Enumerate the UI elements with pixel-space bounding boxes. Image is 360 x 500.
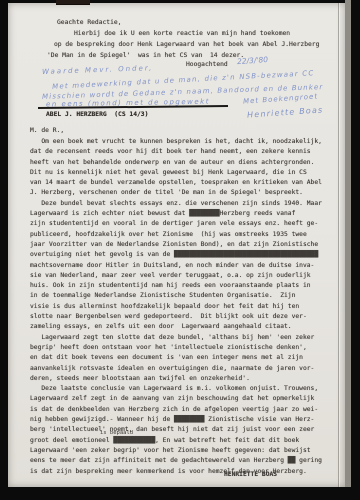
head-line-3: 'De Man in de Spiegel' was in het CS van… — [47, 52, 244, 59]
body-line: zijn studententijd en vooral in de derti… — [30, 219, 336, 229]
body-line: Lagerwaard 'een zeker begrip' voor het Z… — [30, 446, 336, 456]
body-line: Deze bundel bevat slechts essays enz. di… — [30, 199, 336, 209]
body-line: publiceerd, hoofdzakelijk over het Zioni… — [30, 230, 336, 240]
body-line: deren, steeds meer blootstaan aan twijfe… — [30, 374, 336, 384]
body-line: is dat de denkbeelden van Herzberg zich … — [30, 405, 336, 415]
body-line: nig hebben gewijzigd.- Wanneer hij de ██… — [30, 415, 336, 425]
body-salutation: M. de R., — [30, 127, 64, 134]
body-line: in de toenmalige Nederlandse Zionistisch… — [30, 291, 336, 301]
letter-heading: ABEL J. HERZBERG (CS 14/3) — [46, 111, 148, 118]
body-line: Lagerwaard is zich echter niet bewust da… — [30, 209, 336, 219]
body-line: van 14 maart de bundel verzamelde opstel… — [30, 178, 336, 188]
head-closing: Hoogachtend — [186, 61, 228, 68]
body-line: groot deel emotioneel ███████████, En wa… — [30, 436, 336, 446]
body-line: Om een boek met vrucht te kunnen besprek… — [30, 137, 336, 147]
body-line: machtsovername door Hitler in Duitsland,… — [30, 261, 336, 271]
cropped-stamp-mark — [56, 0, 90, 5]
body-line: J. Herzberg, verschenen onder de titel '… — [30, 188, 336, 198]
body-line: jaar Voorzitter van de Nederlandse Zioni… — [30, 240, 336, 250]
body-line: Deze laatste conclusie van Lagerwaard is… — [30, 384, 336, 394]
typed-signature: HENRIETTE BOAS — [224, 471, 277, 478]
body-line: eens te meer dat zijn affiniteit met de … — [30, 456, 336, 466]
body-line: visie is dus allerminst hoofdzakelijk be… — [30, 302, 336, 312]
body-line: dat de recensent reeds voor hij dit boek… — [30, 147, 336, 157]
body-line: zameling essays, en zelfs uit een door L… — [30, 322, 336, 332]
head-line-1: Hierbij doe ik U een korte reactie van m… — [74, 30, 290, 37]
paper-crease-highlight — [339, 3, 340, 487]
body-line: aanvankelijk rotsvaste idealen en overtu… — [30, 364, 336, 374]
paper-edge-shadow — [345, 0, 351, 487]
typed-insertion-above-line: is bepaald — [100, 430, 133, 436]
letter-body: Om een boek met vrucht te kunnen besprek… — [30, 137, 336, 477]
body-line: Lagerwaard zegt ten slotte dat deze bund… — [30, 333, 336, 343]
body-line: heeft van het behandelde onderwerp en va… — [30, 158, 336, 168]
body-line: overtuiging niet het gevolg is van de ██… — [30, 250, 336, 260]
body-line: Lagerwaard zelf zegt in de aanvang van z… — [30, 394, 336, 404]
body-line: berg 'intellectueel' noemt, dan beseft h… — [30, 425, 336, 435]
head-salutation: Geachte Redactie, — [57, 19, 121, 26]
body-line: slotte naar Bergenbelsen werd gedeportee… — [30, 312, 336, 322]
body-line: huis. Ook in zijn studententijd nam hij … — [30, 281, 336, 291]
head-line-2: op de bespreking door Henk Lagerwaard va… — [54, 41, 319, 48]
body-line: Dit nu is kennelijk niet het geval gewee… — [30, 168, 336, 178]
body-line: sie van Nederland, maar zeer veel verder… — [30, 271, 336, 281]
body-line: en dat dit boek tevens een document is '… — [30, 353, 336, 363]
body-line: begrip' heeft doen ontstaan voor het 'in… — [30, 343, 336, 353]
body-line: is dat zijn bespreking meer kenmerkend i… — [30, 467, 336, 477]
scanned-letter-page: Geachte Redactie, Hierbij doe ik U een k… — [0, 0, 360, 500]
